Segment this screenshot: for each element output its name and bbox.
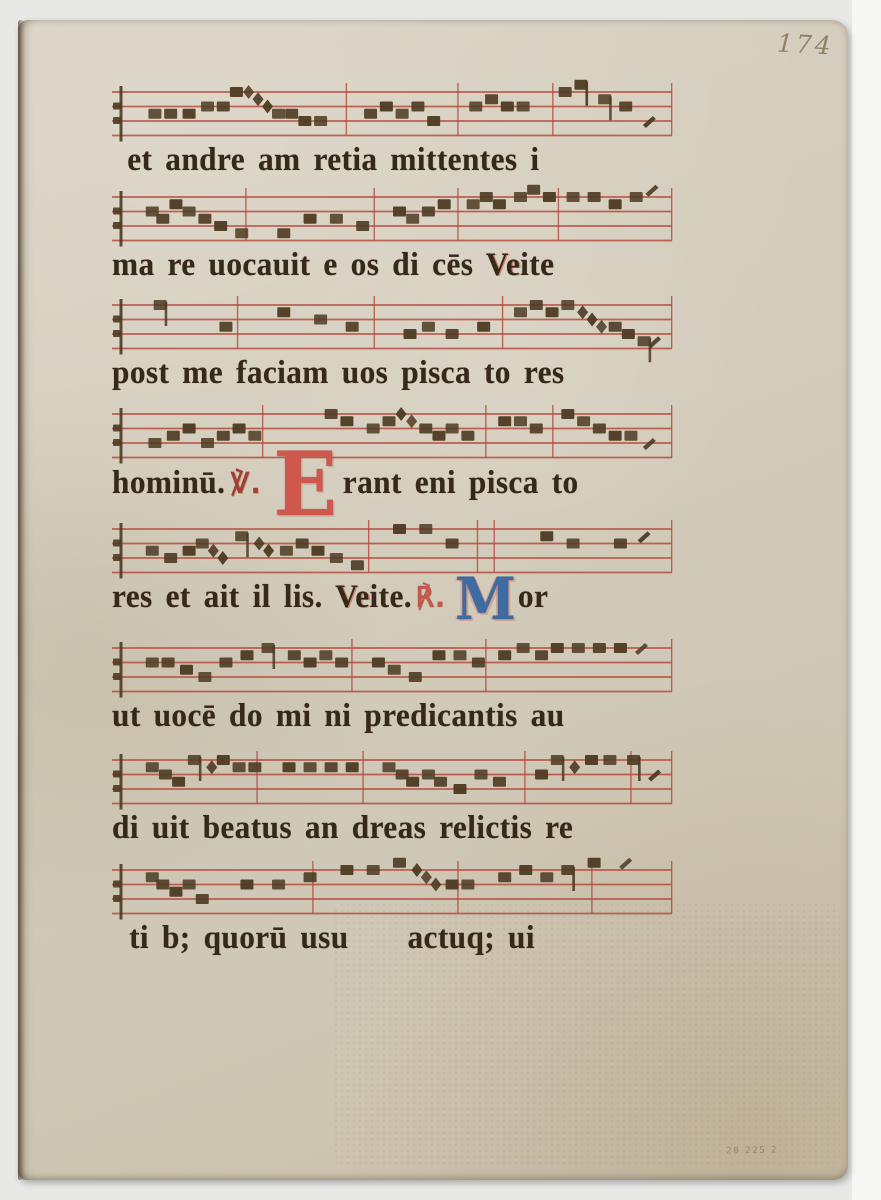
neume-square (146, 762, 159, 772)
neume-square (325, 762, 338, 772)
neume-square (367, 865, 380, 875)
neume-square (469, 102, 482, 112)
neume-square (438, 199, 451, 209)
neume-square (169, 887, 182, 897)
chant-text: et andre am retia mittentes i (127, 142, 539, 178)
neume-square (156, 214, 169, 224)
neume-square (248, 431, 261, 441)
neume-square (393, 524, 406, 534)
neume-square (233, 762, 246, 772)
neume-square (434, 777, 447, 787)
neume-square (593, 643, 606, 653)
neume-square (540, 531, 553, 541)
neume-square (314, 116, 327, 126)
neume-square (498, 416, 511, 426)
neume-diamond (217, 551, 228, 565)
custos-icon (645, 185, 658, 197)
music-staff (112, 520, 672, 579)
neume-square (167, 431, 180, 441)
music-staff (112, 405, 672, 464)
neume-square (540, 872, 553, 882)
neume-square (330, 553, 343, 563)
neume-square (201, 438, 214, 448)
neume-square (461, 431, 474, 441)
neume-square (422, 207, 435, 217)
neume-diamond (208, 544, 219, 558)
neume-square (217, 431, 230, 441)
neume-square (172, 777, 185, 787)
neume-square (551, 643, 564, 653)
neume-square (335, 658, 348, 668)
neume-virga-stem (562, 757, 565, 781)
neume-square (380, 102, 393, 112)
neume-square (619, 102, 632, 112)
chant-text-line: post me faciam uos pisca to res (112, 355, 650, 395)
chant-text-line: ma re uocauit e os di cēs Veite (112, 247, 650, 287)
clef-icon (113, 316, 121, 323)
neume-square (559, 87, 572, 97)
neume-square (240, 880, 253, 890)
neume-square (396, 109, 409, 119)
neume-square (277, 228, 290, 238)
neume-diamond (577, 305, 588, 319)
neume-square (535, 650, 548, 660)
custos-icon (648, 770, 661, 782)
neume-square (235, 228, 248, 238)
neume-square (477, 322, 490, 332)
neume-virga-stem (273, 645, 276, 669)
neume-square (472, 658, 485, 668)
decorated-initial-blue: M (455, 565, 516, 633)
neume-square (304, 214, 317, 224)
neume-square (248, 762, 261, 772)
clef-icon (113, 554, 121, 561)
clef-icon (113, 895, 121, 902)
neume-diamond (406, 414, 417, 428)
music-staff (112, 185, 672, 247)
chant-text: ite (520, 247, 554, 283)
chant-text-line: hominū.℣.Erant eni pisca to (112, 464, 650, 504)
neume-square (393, 207, 406, 217)
rubricated-letter: Ve (335, 579, 369, 615)
neume-square (493, 199, 506, 209)
neume-square (535, 770, 548, 780)
chant-text: ti b; quorū usu (129, 920, 348, 956)
neume-square (198, 214, 211, 224)
neume-square (546, 307, 559, 317)
custos-icon (638, 531, 651, 543)
neume-square (285, 109, 298, 119)
music-staff (112, 80, 672, 142)
neume-square (527, 185, 540, 195)
neume-square (624, 431, 637, 441)
neume-square (356, 221, 369, 231)
neume-square (346, 762, 359, 772)
neume-square (485, 94, 498, 104)
neume-square (367, 424, 380, 434)
chant-text: or (518, 579, 548, 615)
neume-diamond (596, 320, 607, 334)
neume-square (304, 872, 317, 882)
chant-text: ma re uocauit e os di cēs (112, 247, 486, 283)
clef-icon (113, 117, 121, 124)
neume-virga-stem (572, 867, 575, 891)
neume-square (304, 762, 317, 772)
clef-icon (113, 222, 121, 229)
neume-square (304, 658, 317, 668)
neume-virga-stem (199, 757, 202, 781)
neume-square (453, 784, 466, 794)
neume-square (388, 665, 401, 675)
neume-square (514, 416, 527, 426)
neume-square (183, 424, 196, 434)
clef-icon (113, 425, 121, 432)
custos-icon (635, 643, 648, 655)
neume-square (314, 315, 327, 325)
custos-icon (643, 116, 656, 128)
neume-square (219, 322, 232, 332)
neume-square (446, 329, 459, 339)
neume-square (475, 770, 488, 780)
neume-diamond (421, 870, 432, 884)
neume-square (288, 650, 301, 660)
neume-square (164, 553, 177, 563)
neume-square (272, 880, 285, 890)
neume-square (146, 546, 159, 556)
neume-square (406, 777, 419, 787)
chant-text: rant eni pisca to (343, 465, 579, 501)
neume-square (156, 880, 169, 890)
neume-square (422, 322, 435, 332)
chant-text: actuq; ui (407, 920, 534, 956)
neume-square (461, 880, 474, 890)
neume-square (404, 329, 417, 339)
neume-square (330, 214, 343, 224)
clef-icon (113, 881, 121, 888)
neume-square (609, 431, 622, 441)
chant-text: ite. (370, 579, 412, 615)
neume-virga-stem (609, 96, 612, 120)
chant-text: hominū. (112, 465, 225, 501)
neume-square (498, 872, 511, 882)
neume-diamond (263, 544, 274, 558)
neume-square (169, 199, 182, 209)
neume-square (493, 777, 506, 787)
neume-square (148, 109, 161, 119)
neume-square (196, 894, 209, 904)
neume-square (159, 770, 172, 780)
neume-square (517, 102, 530, 112)
clef-icon (113, 208, 121, 215)
clef-icon (113, 673, 121, 680)
neume-square (406, 214, 419, 224)
neume-square (422, 770, 435, 780)
neume-virga-stem (638, 757, 641, 781)
clef-icon (113, 771, 121, 778)
neume-square (233, 424, 246, 434)
neume-square (419, 524, 432, 534)
neume-square (446, 424, 459, 434)
neume-square (183, 880, 196, 890)
neume-square (146, 658, 159, 668)
neume-square (217, 755, 230, 765)
neume-square (467, 199, 480, 209)
neume-diamond (569, 760, 580, 774)
neume-diamond (254, 537, 265, 551)
neume-square (364, 109, 377, 119)
neume-square (577, 416, 590, 426)
versicle-mark-icon: ℣. (225, 467, 265, 500)
neume-square (561, 300, 574, 310)
music-staff (112, 296, 672, 362)
neume-diamond (430, 878, 441, 892)
neume-diamond (253, 92, 264, 106)
neume-square (588, 858, 601, 868)
neume-square (393, 858, 406, 868)
neume-square (280, 546, 293, 556)
chant-text: post me faciam uos pisca to res (112, 355, 564, 391)
clef-icon (113, 330, 121, 337)
music-staff (112, 858, 672, 920)
neume-square (501, 102, 514, 112)
photograph-background: 174 et andre am retia mittentes ima re u… (0, 0, 881, 1200)
clef-icon (113, 439, 121, 446)
neume-square (201, 102, 214, 112)
neume-square (609, 199, 622, 209)
neume-square (180, 665, 193, 675)
neume-square (277, 307, 290, 317)
neume-square (340, 416, 353, 426)
neume-square (603, 755, 616, 765)
chant-text-line: ut uocē do mi ni predicantis au (112, 698, 650, 738)
neume-square (298, 116, 311, 126)
neume-square (588, 192, 601, 202)
neume-square (614, 539, 627, 549)
neume-virga-stem (585, 82, 588, 106)
neume-square (351, 560, 364, 570)
neume-virga-stem (165, 302, 168, 326)
neume-square (319, 650, 332, 660)
neume-square (372, 658, 385, 668)
neume-square (609, 322, 622, 332)
chant-text: res et ait il lis. (112, 579, 335, 615)
neume-square (382, 416, 395, 426)
response-mark-icon: ℟. (412, 581, 449, 614)
neume-square (585, 755, 598, 765)
neume-square (622, 329, 635, 339)
neume-diamond (243, 85, 254, 99)
neume-square (519, 865, 532, 875)
neume-square (530, 300, 543, 310)
neume-diamond (411, 863, 422, 877)
neume-diamond (587, 313, 598, 327)
neume-square (283, 762, 296, 772)
neume-square (219, 658, 232, 668)
neume-square (340, 865, 353, 875)
neume-square (432, 650, 445, 660)
neume-square (543, 192, 556, 202)
neume-square (567, 539, 580, 549)
neume-square (214, 221, 227, 231)
neume-square (217, 102, 230, 112)
custos-icon (619, 858, 632, 870)
neume-square (148, 438, 161, 448)
neume-square (162, 658, 175, 668)
neume-square (183, 109, 196, 119)
neume-square (517, 643, 530, 653)
custos-icon (643, 438, 656, 450)
neume-square (411, 102, 424, 112)
neume-square (198, 672, 211, 682)
neume-square (567, 192, 580, 202)
neume-square (561, 409, 574, 419)
clef-icon (113, 659, 121, 666)
neume-square (409, 672, 422, 682)
neume-square (427, 116, 440, 126)
neume-square (346, 322, 359, 332)
chant-text-line: ti b; quorū usuactuq; ui (112, 920, 667, 960)
neume-diamond (262, 100, 273, 114)
music-staff (112, 751, 672, 810)
neume-square (419, 424, 432, 434)
neume-square (432, 431, 445, 441)
chant-text: ut uocē do mi ni predicantis au (112, 698, 565, 734)
neume-diamond (396, 407, 407, 421)
music-staff (112, 639, 672, 698)
neume-square (325, 409, 338, 419)
neume-diamond (206, 760, 217, 774)
rubricated-letter: Ve (486, 247, 520, 283)
neume-square (480, 192, 493, 202)
neume-square (593, 424, 606, 434)
decorated-initial-red: E (273, 432, 337, 536)
neume-square (296, 539, 309, 549)
chant-text-line: res et ait il lis. Veite.℟.Mor (112, 579, 650, 619)
neume-square (230, 87, 243, 97)
neume-virga-stem (246, 533, 249, 557)
neume-square (498, 650, 511, 660)
neume-square (453, 650, 466, 660)
neume-square (164, 109, 177, 119)
neume-square (382, 762, 395, 772)
neume-square (530, 424, 543, 434)
neume-square (183, 546, 196, 556)
neume-square (196, 539, 209, 549)
neume-square (446, 880, 459, 890)
neume-square (446, 539, 459, 549)
neume-square (240, 650, 253, 660)
neume-square (630, 192, 643, 202)
neume-square (311, 546, 324, 556)
chant-text-line: et andre am retia mittentes i (112, 142, 665, 182)
neume-square (514, 307, 527, 317)
neume-square (614, 643, 627, 653)
clef-icon (113, 103, 121, 110)
neume-square (514, 192, 527, 202)
chant-text: di uit beatus an dreas relictis re (112, 810, 573, 846)
neume-square (183, 207, 196, 217)
chant-text-line: di uit beatus an dreas relictis re (112, 810, 650, 850)
neume-square (572, 643, 585, 653)
neume-square (272, 109, 285, 119)
accession-mark: 28 225 2 (726, 1146, 778, 1157)
clef-icon (113, 785, 121, 792)
clef-icon (113, 540, 121, 547)
